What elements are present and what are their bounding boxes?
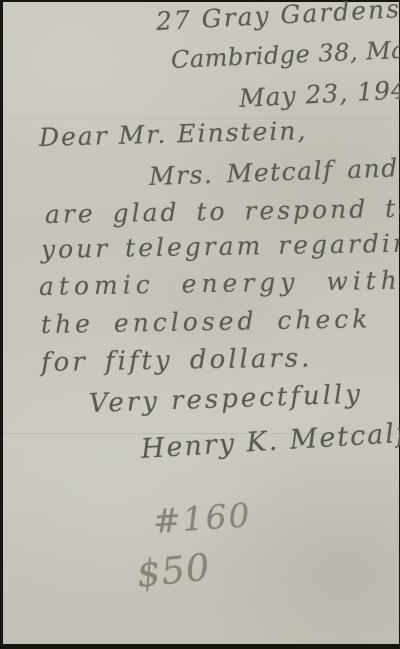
address-line-2: Cambridge 38, Mass. (170, 34, 400, 74)
letter-paper: 27 Gray Gardens Cambridge 38, Mass. May … (3, 2, 399, 644)
address-line-1: 27 Gray Gardens (155, 0, 400, 36)
date-line: May 23, 1946 (238, 74, 400, 113)
pencil-annotation-number: #160 (152, 495, 253, 541)
body-line: your telegram regarding (41, 228, 400, 264)
body-line: Mrs. Metcalf and I (148, 152, 400, 191)
pencil-annotation-amount: $50 (135, 545, 213, 595)
body-line: for fifty dollars. (41, 343, 313, 378)
signature: Henry K. Metcalf (140, 418, 400, 465)
scanned-letter: 27 Gray Gardens Cambridge 38, Mass. May … (0, 0, 400, 649)
body-line: are glad to respond to (45, 194, 400, 229)
salutation: Dear Mr. Einstein, (39, 116, 308, 152)
closing: Very respectfully (88, 379, 363, 419)
body-line: atomic energy with (39, 266, 400, 301)
body-line: the enclosed check (41, 304, 372, 339)
